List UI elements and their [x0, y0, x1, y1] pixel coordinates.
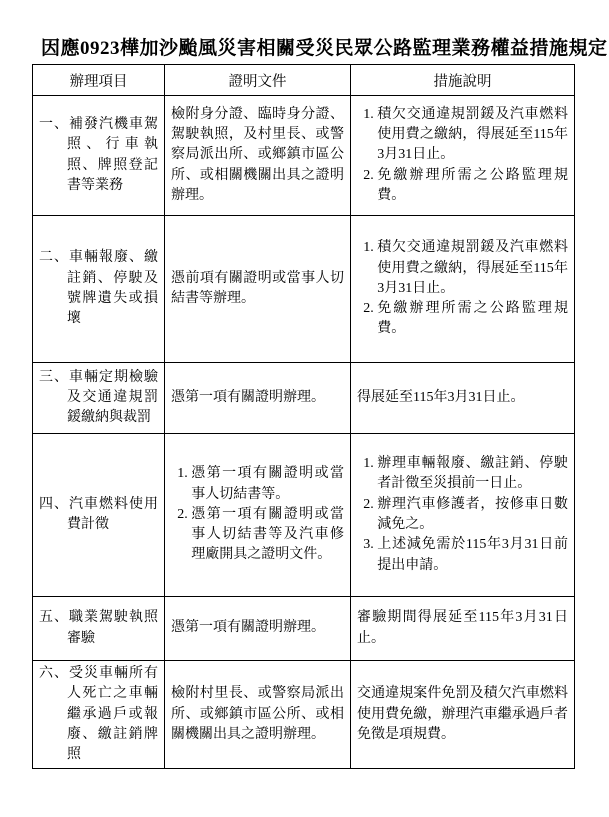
table-row-6: 六、受災車輛所有人死亡之車輛繼承過戶或報廢、繳註銷牌照 檢附村里長、或警察局派出…: [33, 661, 575, 769]
document-item: 憑第一項有關證明或當事人切結書等及汽車修理廠開具之證明文件。: [191, 505, 344, 566]
table-row-1: 一、補發汽機車駕照、行車執照、牌照登記書等業務 檢附身分證、臨時身分證、駕駛執照…: [33, 96, 575, 216]
cell-item-1: 一、補發汽機車駕照、行車執照、牌照登記書等業務: [33, 96, 165, 216]
cell-measures-3: 得展延至115年3月31日止。: [351, 363, 575, 434]
cell-measures-6: 交通違規案件免罰及積欠汽車燃料使用費免繳，辦理汽車繼承過戶者免徵是項規費。: [351, 661, 575, 769]
document-page: 因應0923樺加沙颱風災害相關受災民眾公路監理業務權益措施規定 辦理項目 證明文…: [0, 0, 609, 817]
cell-documents-2: 憑前項有關證明或當事人切結書等辦理。: [165, 216, 351, 363]
table-row-5: 五、職業駕駛執照審驗 憑第一項有關證明辦理。 審驗期間得展延至115年3月31日…: [33, 597, 575, 661]
table-row-3: 三、車輛定期檢驗及交通違規罰鍰繳納與裁罰 憑第一項有關證明辦理。 得展延至115…: [33, 363, 575, 434]
cell-documents-4: 憑第一項有關證明或當事人切結書等。 憑第一項有關證明或當事人切結書等及汽車修理廠…: [165, 434, 351, 597]
cell-item-4: 四、汽車燃料使用費計徵: [33, 434, 165, 597]
measure-item: 辦理車輛報廢、繳註銷、停駛者計徵至災損前一日止。: [377, 454, 568, 495]
cell-measures-2: 積欠交通違規罰鍰及汽車燃料使用費之繳納，得展延至115年3月31日止。 免繳辦理…: [351, 216, 575, 363]
item-text: 二、車輛報廢、繳註銷、停駛及號牌遺失或損壞: [39, 248, 158, 329]
measure-item: 上述減免需於115年3月31日前提出申請。: [377, 535, 568, 576]
cell-measures-5: 審驗期間得展延至115年3月31日止。: [351, 597, 575, 661]
documents-text: 檢附村里長、或警察局派出所、或鄉鎮市區公所、或相關機關出具之證明辦理。: [171, 684, 344, 745]
cell-documents-3: 憑第一項有關證明辦理。: [165, 363, 351, 434]
documents-text: 憑前項有關證明或當事人切結書等辦理。: [171, 269, 344, 310]
item-text: 六、受災車輛所有人死亡之車輛繼承過戶或報廢、繳註銷牌照: [39, 664, 158, 765]
item-text: 一、補發汽機車駕照、行車執照、牌照登記書等業務: [39, 115, 158, 196]
cell-item-2: 二、車輛報廢、繳註銷、停駛及號牌遺失或損壞: [33, 216, 165, 363]
measures-text: 審驗期間得展延至115年3月31日止。: [357, 608, 568, 649]
cell-item-5: 五、職業駕駛執照審驗: [33, 597, 165, 661]
cell-item-6: 六、受災車輛所有人死亡之車輛繼承過戶或報廢、繳註銷牌照: [33, 661, 165, 769]
measures-list: 辦理車輛報廢、繳註銷、停駛者計徵至災損前一日止。 辦理汽車修護者，按修車日數減免…: [357, 454, 568, 576]
documents-text: 檢附身分證、臨時身分證、駕駛執照，及村里長、或警察局派出所、或鄉鎮市區公所、或相…: [171, 105, 344, 206]
document-item: 憑第一項有關證明或當事人切結書等。: [191, 464, 344, 505]
item-text: 五、職業駕駛執照審驗: [39, 608, 158, 649]
table-row-2: 二、車輛報廢、繳註銷、停駛及號牌遺失或損壞 憑前項有關證明或當事人切結書等辦理。…: [33, 216, 575, 363]
cell-measures-4: 辦理車輛報廢、繳註銷、停駛者計徵至災損前一日止。 辦理汽車修護者，按修車日數減免…: [351, 434, 575, 597]
cell-documents-5: 憑第一項有關證明辦理。: [165, 597, 351, 661]
column-header-item: 辦理項目: [33, 65, 165, 96]
item-text: 三、車輛定期檢驗及交通違規罰鍰繳納與裁罰: [39, 368, 158, 429]
documents-text: 憑第一項有關證明辦理。: [171, 388, 344, 408]
cell-measures-1: 積欠交通違規罰鍰及汽車燃料使用費之繳納，得展延至115年3月31日止。 免繳辦理…: [351, 96, 575, 216]
measures-table: 辦理項目 證明文件 措施說明 一、補發汽機車駕照、行車執照、牌照登記書等業務 檢…: [32, 64, 575, 769]
measures-text: 得展延至115年3月31日止。: [357, 388, 568, 408]
document-title: 因應0923樺加沙颱風災害相關受災民眾公路監理業務權益措施規定: [41, 33, 608, 60]
cell-documents-6: 檢附村里長、或警察局派出所、或鄉鎮市區公所、或相關機關出具之證明辦理。: [165, 661, 351, 769]
cell-item-3: 三、車輛定期檢驗及交通違規罰鍰繳納與裁罰: [33, 363, 165, 434]
measure-item: 辦理汽車修護者，按修車日數減免之。: [377, 495, 568, 536]
table-header-row: 辦理項目 證明文件 措施說明: [33, 65, 575, 96]
measure-item: 積欠交通違規罰鍰及汽車燃料使用費之繳納，得展延至115年3月31日止。: [377, 238, 568, 299]
measures-list: 積欠交通違規罰鍰及汽車燃料使用費之繳納，得展延至115年3月31日止。 免繳辦理…: [357, 238, 568, 339]
table-row-4: 四、汽車燃料使用費計徵 憑第一項有關證明或當事人切結書等。 憑第一項有關證明或當…: [33, 434, 575, 597]
measure-item: 免繳辦理所需之公路監理規費。: [377, 299, 568, 340]
item-text: 四、汽車燃料使用費計徵: [39, 495, 158, 536]
documents-text: 憑第一項有關證明辦理。: [171, 618, 344, 638]
cell-documents-1: 檢附身分證、臨時身分證、駕駛執照，及村里長、或警察局派出所、或鄉鎮市區公所、或相…: [165, 96, 351, 216]
column-header-measures: 措施說明: [351, 65, 575, 96]
measures-text: 交通違規案件免罰及積欠汽車燃料使用費免繳，辦理汽車繼承過戶者免徵是項規費。: [357, 684, 568, 745]
documents-list: 憑第一項有關證明或當事人切結書等。 憑第一項有關證明或當事人切結書等及汽車修理廠…: [171, 464, 344, 565]
measure-item: 積欠交通違規罰鍰及汽車燃料使用費之繳納，得展延至115年3月31日止。: [377, 105, 568, 166]
column-header-documents: 證明文件: [165, 65, 351, 96]
measure-item: 免繳辦理所需之公路監理規費。: [377, 166, 568, 207]
measures-list: 積欠交通違規罰鍰及汽車燃料使用費之繳納，得展延至115年3月31日止。 免繳辦理…: [357, 105, 568, 206]
